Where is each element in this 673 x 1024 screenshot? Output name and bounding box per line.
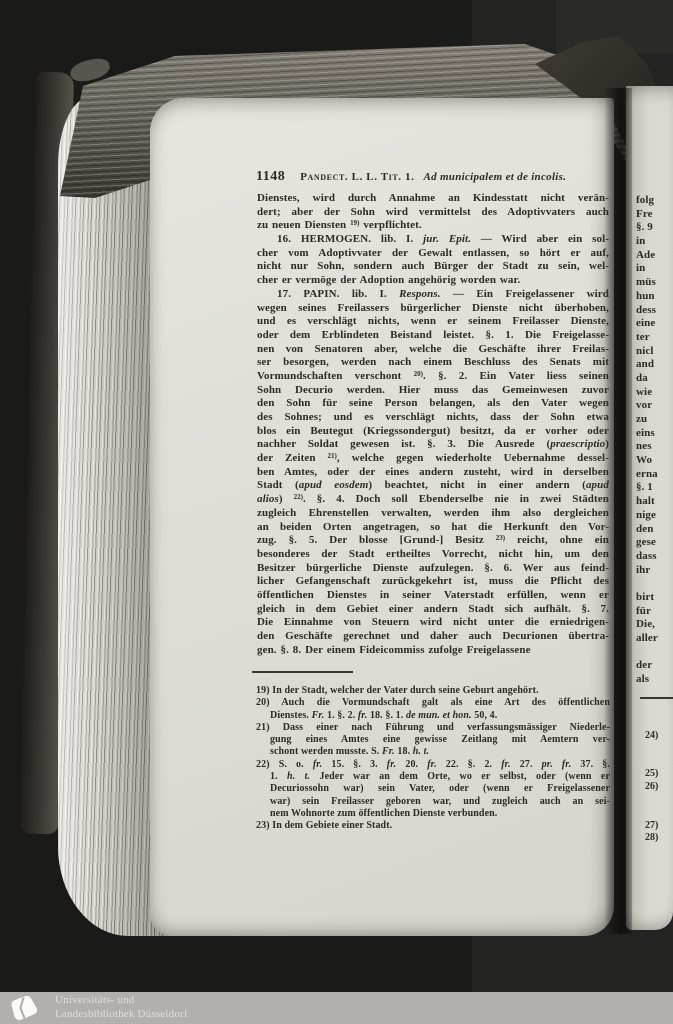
- fragment-line: eine: [636, 317, 673, 331]
- library-name: Universitäts- und Landesbibliothek Düsse…: [55, 994, 188, 1021]
- text-line: zugleich Ehrenstellen verwalten, werden …: [257, 507, 609, 521]
- text-line: blos ein Beutegut (Kriegssondergut) besi…: [257, 425, 609, 439]
- fragment-footnote-number: 24): [645, 730, 673, 743]
- text-line: Vormundschaften verschont 20). §. 2. Ein…: [257, 370, 609, 384]
- fragment-line: gese: [636, 536, 673, 550]
- footnote-line: war) sein Freilasser geboren war, und zu…: [256, 796, 610, 808]
- text-line: gleich in dem Gebiet einer andern Stadt …: [257, 603, 609, 617]
- fragment-line: Die,: [636, 618, 673, 632]
- text-line: den Geschäfte gerechnet und daher auch D…: [257, 630, 609, 644]
- fragment-line: erna: [636, 468, 673, 482]
- text-line: Dienstes, wird durch Annahme an Kindesst…: [257, 192, 609, 206]
- fragment-line: den: [636, 523, 673, 537]
- adjacent-footnote-separator: [640, 697, 673, 699]
- fragment-line: in: [636, 235, 673, 249]
- text-line: der Zeiten 21), welche gegen wiederholte…: [257, 452, 609, 466]
- running-header: 1148 Pandect. L. L. Tit. 1. Ad municipal…: [256, 169, 612, 185]
- fragment-line: §. 9: [636, 221, 673, 235]
- fragment-line: für: [636, 605, 673, 619]
- text-line: an beiden Orten angetragen, so hat die H…: [257, 521, 609, 535]
- fragment-line: Ade: [636, 249, 673, 263]
- fragment-line: §. 1: [636, 481, 673, 495]
- fragment-line: müs: [636, 276, 673, 290]
- fragment-line: als: [636, 673, 673, 687]
- text-line: licher Gefangenschaft zurückgekehrt ist,…: [257, 575, 609, 589]
- fragment-line: dess: [636, 304, 673, 318]
- text-line: cher er vermöge der Adoption angehörig w…: [257, 274, 609, 288]
- text-line: 17. PAPIN. lib. I. Respons. — Ein Freige…: [257, 288, 609, 302]
- footnote-line: 19) In der Stadt, welcher der Vater durc…: [256, 685, 610, 697]
- fragment-line: in: [636, 262, 673, 276]
- footnote-line: Decuriossohn war) sein Vater, oder (wenn…: [256, 783, 610, 795]
- footnote-line: 20) Auch die Vormundschaft galt als eine…: [256, 697, 610, 709]
- fragment-line: eins: [636, 427, 673, 441]
- text-line: dert; aber der Sohn wird vermittelst des…: [257, 206, 609, 220]
- fragment-line: aller: [636, 632, 673, 646]
- adjacent-page-text-fragment: folgFre§. 9inAdeinmüshundesseineternicla…: [636, 194, 673, 687]
- text-line: Stadt (apud eosdem) beachtet, nicht in e…: [257, 479, 609, 493]
- adjacent-page-footnote-fragment: 24)25)26)27)28): [645, 730, 673, 845]
- fragment-line: [636, 646, 673, 660]
- text-line: Die Einnahme von Steuern wird nicht unte…: [257, 616, 609, 630]
- fragment-line: hun: [636, 290, 673, 304]
- text-line: und es verschlägt nichts, wenn er seinem…: [257, 315, 609, 329]
- text-line: nachher Soldat gewesen ist. §. 3. Die Au…: [257, 438, 609, 452]
- running-subtitle: Ad municipalem et de incolis.: [423, 171, 566, 183]
- text-line: alios) 22). §. 4. Doch soll Ebenderselbe…: [257, 493, 609, 507]
- fragment-line: [636, 577, 673, 591]
- footnote-line: 21) Dass einer nach Führung und verfassu…: [256, 722, 610, 734]
- page-number: 1148: [256, 169, 285, 185]
- text-line: oder dem Erblindeten Beistand leistet. §…: [257, 329, 609, 343]
- fragment-line: wie: [636, 386, 673, 400]
- fragment-line: halt: [636, 495, 673, 509]
- text-line: zug. §. 5. Der blosse [Grund-] Besitz 23…: [257, 534, 609, 548]
- fragment-footnote-number: [645, 743, 673, 756]
- footnote-line: gung eines Amtes eine gewisse Zeitlang m…: [256, 734, 610, 746]
- fragment-footnote-number: [645, 807, 673, 820]
- library-name-line2: Landesbibliothek Düsseldorf: [55, 1008, 188, 1022]
- text-line: wegen seines Freilassers bürgerlicher Di…: [257, 302, 609, 316]
- footnote-separator: [252, 671, 353, 673]
- fragment-line: and: [636, 358, 673, 372]
- fragment-line: vor: [636, 399, 673, 413]
- footnote-line: nem Wohnorte zum öffentlichen Dienste ve…: [256, 808, 610, 820]
- fragment-line: ihr: [636, 564, 673, 578]
- fragment-footnote-number: [645, 794, 673, 807]
- fragment-line: zu: [636, 413, 673, 427]
- fragment-line: Wo: [636, 454, 673, 468]
- fragment-line: der: [636, 659, 673, 673]
- library-watermark-bar: Universitäts- und Landesbibliothek Düsse…: [0, 992, 673, 1024]
- fragment-footnote-number: [645, 756, 673, 769]
- fragment-line: Fre: [636, 208, 673, 222]
- fragment-line: ter: [636, 331, 673, 345]
- fragment-line: birt: [636, 591, 673, 605]
- text-line: Besitzer bürgerliche Dienste aufzulegen.…: [257, 562, 609, 576]
- text-line: cher vom Adoptivvater der Gewalt entlass…: [257, 247, 609, 261]
- text-line: gen. §. 8. Der einem Fideicommiss zufolg…: [257, 644, 609, 658]
- book-photo: 1148 Pandect. L. L. Tit. 1. Ad municipal…: [0, 0, 673, 1024]
- text-line: nen von Senatoren aber, welche die Gesch…: [257, 343, 609, 357]
- text-line: öffentlichen Dienstes in seiner Vatersta…: [257, 589, 609, 603]
- text-line: Sohn Decurio werden. Hier muss das Gemei…: [257, 384, 609, 398]
- fragment-footnote-number: 26): [645, 781, 673, 794]
- library-name-line1: Universitäts- und: [55, 994, 188, 1008]
- fragment-line: nes: [636, 440, 673, 454]
- text-line: zu neuen Diensten 19) verpflichtet.: [257, 219, 609, 233]
- footnote-line: 1. h. t. Jeder war an dem Orte, wo er se…: [256, 771, 610, 783]
- fragment-line: nige: [636, 509, 673, 523]
- fragment-footnote-number: 28): [645, 832, 673, 845]
- text-line: ben Amtes, oder der eines andern zusteht…: [257, 466, 609, 480]
- fragment-line: folg: [636, 194, 673, 208]
- footnotes: 19) In der Stadt, welcher der Vater durc…: [256, 685, 610, 833]
- text-line: den Sohn für seine Person belangen, als …: [257, 397, 609, 411]
- footnote-line: Dienstes. Fr. 1. §. 2. fr. 18. §. 1. de …: [256, 710, 610, 722]
- footnote-line: 22) S. o. fr. 15. §. 3. fr. 20. fr. 22. …: [256, 759, 610, 771]
- text-line: des Sohnes; und es verschlägt nichts, da…: [257, 411, 609, 425]
- running-title: Pandect. L. L. Tit. 1.: [300, 171, 414, 183]
- footnote-line: 23) In dem Gebiete einer Stadt.: [256, 820, 610, 832]
- fragment-footnote-number: 27): [645, 820, 673, 833]
- text-line: 16. HERMOGEN. lib. I. jur. Epit. — Wird …: [257, 233, 609, 247]
- text-line: nicht nur Sohn, sondern auch Bürger der …: [257, 260, 609, 274]
- text-line: besonderes der Stadt ertheiltes Vorrecht…: [257, 548, 609, 562]
- fragment-line: dass: [636, 550, 673, 564]
- fragment-line: da: [636, 372, 673, 386]
- footnote-line: schont werden musste. S. Fr. 18. h. t.: [256, 746, 610, 758]
- fragment-line: nicl: [636, 345, 673, 359]
- text-line: ser besorgen, werden nach einem Beschlus…: [257, 356, 609, 370]
- fragment-footnote-number: 25): [645, 768, 673, 781]
- page-body-text: Dienstes, wird durch Annahme an Kindesst…: [257, 192, 609, 657]
- open-book-logo-icon: [7, 995, 41, 1021]
